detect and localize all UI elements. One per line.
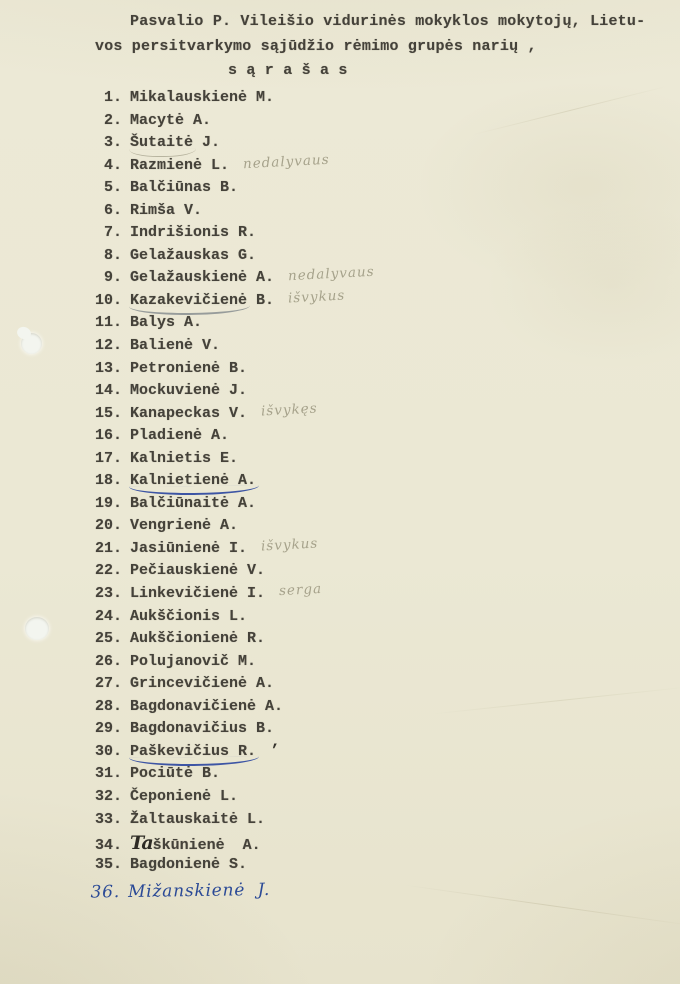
- item-name: Linkevičienė I.: [130, 585, 265, 602]
- list-item: 17.Kalnietis E.: [0, 449, 680, 472]
- item-name: Vengrienė A.: [130, 517, 238, 534]
- ink-tick-mark: ’: [270, 742, 280, 760]
- item-name: Balčiūnaitė A.: [130, 495, 256, 512]
- item-number: 22.: [86, 562, 122, 579]
- list-item: 35.Bagdonienė S.: [0, 855, 680, 878]
- list-item: 3.Šutaitė J.: [0, 133, 680, 156]
- pencil-note: išvykęs: [261, 400, 318, 419]
- list-item: 14.Mockuvienė J.: [0, 381, 680, 404]
- item-name: Pečiauskienė V.: [130, 562, 265, 579]
- list-item: 7.Indrišionis R.: [0, 223, 680, 246]
- item-number: 19.: [86, 495, 122, 512]
- list-item: 21.Jasiūnienė I.išvykus: [0, 539, 680, 562]
- item-number: 35.: [86, 856, 122, 873]
- list-item: 4.Razmienė L.nedalyvaus: [0, 156, 680, 179]
- list-item: 25.Aukščionienė R.: [0, 629, 680, 652]
- item-number: 3.: [86, 134, 122, 151]
- list-item: 11.Balys A.: [0, 313, 680, 336]
- item-number: 17.: [86, 450, 122, 467]
- item-number: 33.: [86, 811, 122, 828]
- item-name: Paškevičius R.: [130, 743, 256, 760]
- item-name: Kazakevičienė B.: [130, 292, 274, 309]
- item-name: Bagdonavičius B.: [130, 720, 274, 737]
- item-number: 27.: [86, 675, 122, 692]
- list-item: 30.Paškevičius R.’: [0, 742, 680, 765]
- list-item: 29.Bagdonavičius B.: [0, 719, 680, 742]
- item-name: Pociūtė B.: [130, 765, 220, 782]
- underlined-name: Kalnietienė A.: [130, 472, 256, 489]
- list-item: 15.Kanapeckas V.išvykęs: [0, 404, 680, 427]
- scanned-document-page: Pasvalio P. Vileišio vidurinės mokyklos …: [0, 0, 680, 984]
- item-name: Gelažauskas G.: [130, 247, 256, 264]
- item-name: Šutaitė J.: [130, 134, 220, 151]
- member-list: 1.Mikalauskienė M.2.Macytė A.3.Šutaitė J…: [0, 88, 680, 902]
- underlined-name: Kazakevičienė: [130, 292, 247, 309]
- item-name: Polujanovič M.: [130, 653, 256, 670]
- item-name: Grincevičienė A.: [130, 675, 274, 692]
- list-item: 2.Macytė A.: [0, 111, 680, 134]
- list-item: 13.Petronienė B.: [0, 359, 680, 382]
- list-item: 20.Vengrienė A.: [0, 516, 680, 539]
- list-item: 24.Aukščionis L.: [0, 607, 680, 630]
- item-number: 4.: [86, 157, 122, 174]
- item-name: Bagdonienė S.: [130, 856, 247, 873]
- list-item: 22.Pečiauskienė V.: [0, 561, 680, 584]
- list-item: 5.Balčiūnas B.: [0, 178, 680, 201]
- item-number: 25.: [86, 630, 122, 647]
- list-item: 27.Grincevičienė A.: [0, 674, 680, 697]
- item-number: 34.: [86, 837, 122, 854]
- list-item: 12.Balienė V.: [0, 336, 680, 359]
- item-name: Petronienė B.: [130, 360, 247, 377]
- item-number: 7.: [86, 224, 122, 241]
- item-number: 28.: [86, 698, 122, 715]
- item-name: Aukščionis L.: [130, 608, 247, 625]
- item-number: 30.: [86, 743, 122, 760]
- list-item: 36.Mižanskienė J.: [0, 874, 680, 906]
- list-item: 33.Žaltauskaitė L.: [0, 810, 680, 833]
- list-item: 16.Pladienė A.: [0, 426, 680, 449]
- list-item: 34.Taškūnienė A.: [0, 832, 680, 855]
- list-item: 31.Pociūtė B.: [0, 764, 680, 787]
- item-name: Indrišionis R.: [130, 224, 256, 241]
- item-number: 2.: [86, 112, 122, 129]
- item-name: Pladienė A.: [130, 427, 229, 444]
- list-item: 10.Kazakevičienė B.išvykus: [0, 291, 680, 314]
- item-number: 6.: [86, 202, 122, 219]
- list-item: 1.Mikalauskienė M.: [0, 88, 680, 111]
- item-name: Kanapeckas V.: [130, 405, 247, 422]
- item-number: 24.: [86, 608, 122, 625]
- item-number: 31.: [86, 765, 122, 782]
- item-name: Balys A.: [130, 314, 202, 331]
- item-name: Žaltauskaitė L.: [130, 811, 265, 828]
- item-name: Aukščionienė R.: [130, 630, 265, 647]
- handwritten-correction: Ta: [130, 832, 153, 854]
- item-number: 23.: [86, 585, 122, 602]
- item-number: 16.: [86, 427, 122, 444]
- item-number: 36.: [80, 882, 120, 903]
- list-item: 6.Rimša V.: [0, 201, 680, 224]
- list-item: 28.Bagdonavičienė A.: [0, 697, 680, 720]
- pencil-note: išvykus: [261, 535, 319, 554]
- underlined-name: Šutaitė: [130, 134, 193, 151]
- item-name: Kalnietienė A.: [130, 472, 256, 489]
- item-number: 12.: [86, 337, 122, 354]
- list-item: 26.Polujanovič M.: [0, 652, 680, 675]
- item-name: Jasiūnienė I.: [130, 540, 247, 557]
- item-name: Bagdonavičienė A.: [130, 698, 283, 715]
- item-name: Taškūnienė A.: [130, 837, 261, 854]
- pencil-note: serga: [279, 581, 323, 599]
- item-number: 15.: [86, 405, 122, 422]
- item-name: Rimša V.: [130, 202, 202, 219]
- item-number: 18.: [86, 472, 122, 489]
- item-name: Mikalauskienė M.: [130, 89, 274, 106]
- item-number: 1.: [86, 89, 122, 106]
- title-line-1: Pasvalio P. Vileišio vidurinės mokyklos …: [130, 13, 645, 30]
- underlined-name: Paškevičius R.: [130, 743, 256, 760]
- title-line-2: vos persitvarkymo sąjūdžio rėmimo grupės…: [95, 38, 537, 55]
- item-number: 29.: [86, 720, 122, 737]
- item-name: Mižanskienė J.: [128, 880, 270, 902]
- item-number: 5.: [86, 179, 122, 196]
- item-number: 9.: [86, 269, 122, 286]
- item-name: Macytė A.: [130, 112, 211, 129]
- item-name: Čeponienė L.: [130, 788, 238, 805]
- item-name: Balienė V.: [130, 337, 220, 354]
- list-item: 32.Čeponienė L.: [0, 787, 680, 810]
- title-heading-sarasas: s ą r a š a s: [228, 62, 348, 79]
- item-number: 10.: [86, 292, 122, 309]
- item-number: 14.: [86, 382, 122, 399]
- item-number: 32.: [86, 788, 122, 805]
- item-number: 21.: [86, 540, 122, 557]
- item-name: Gelažauskienė A.: [130, 269, 274, 286]
- item-number: 8.: [86, 247, 122, 264]
- list-item: 19.Balčiūnaitė A.: [0, 494, 680, 517]
- item-name: Kalnietis E.: [130, 450, 238, 467]
- pencil-note: išvykus: [288, 287, 346, 306]
- item-name: Mockuvienė J.: [130, 382, 247, 399]
- item-name: Balčiūnas B.: [130, 179, 238, 196]
- item-number: 26.: [86, 653, 122, 670]
- item-number: 11.: [86, 314, 122, 331]
- list-item: 18.Kalnietienė A.: [0, 471, 680, 494]
- item-number: 13.: [86, 360, 122, 377]
- list-item: 23.Linkevičienė I.serga: [0, 584, 680, 607]
- pencil-note: nedalyvaus: [288, 264, 375, 285]
- item-name: Razmienė L.: [130, 157, 229, 174]
- item-number: 20.: [86, 517, 122, 534]
